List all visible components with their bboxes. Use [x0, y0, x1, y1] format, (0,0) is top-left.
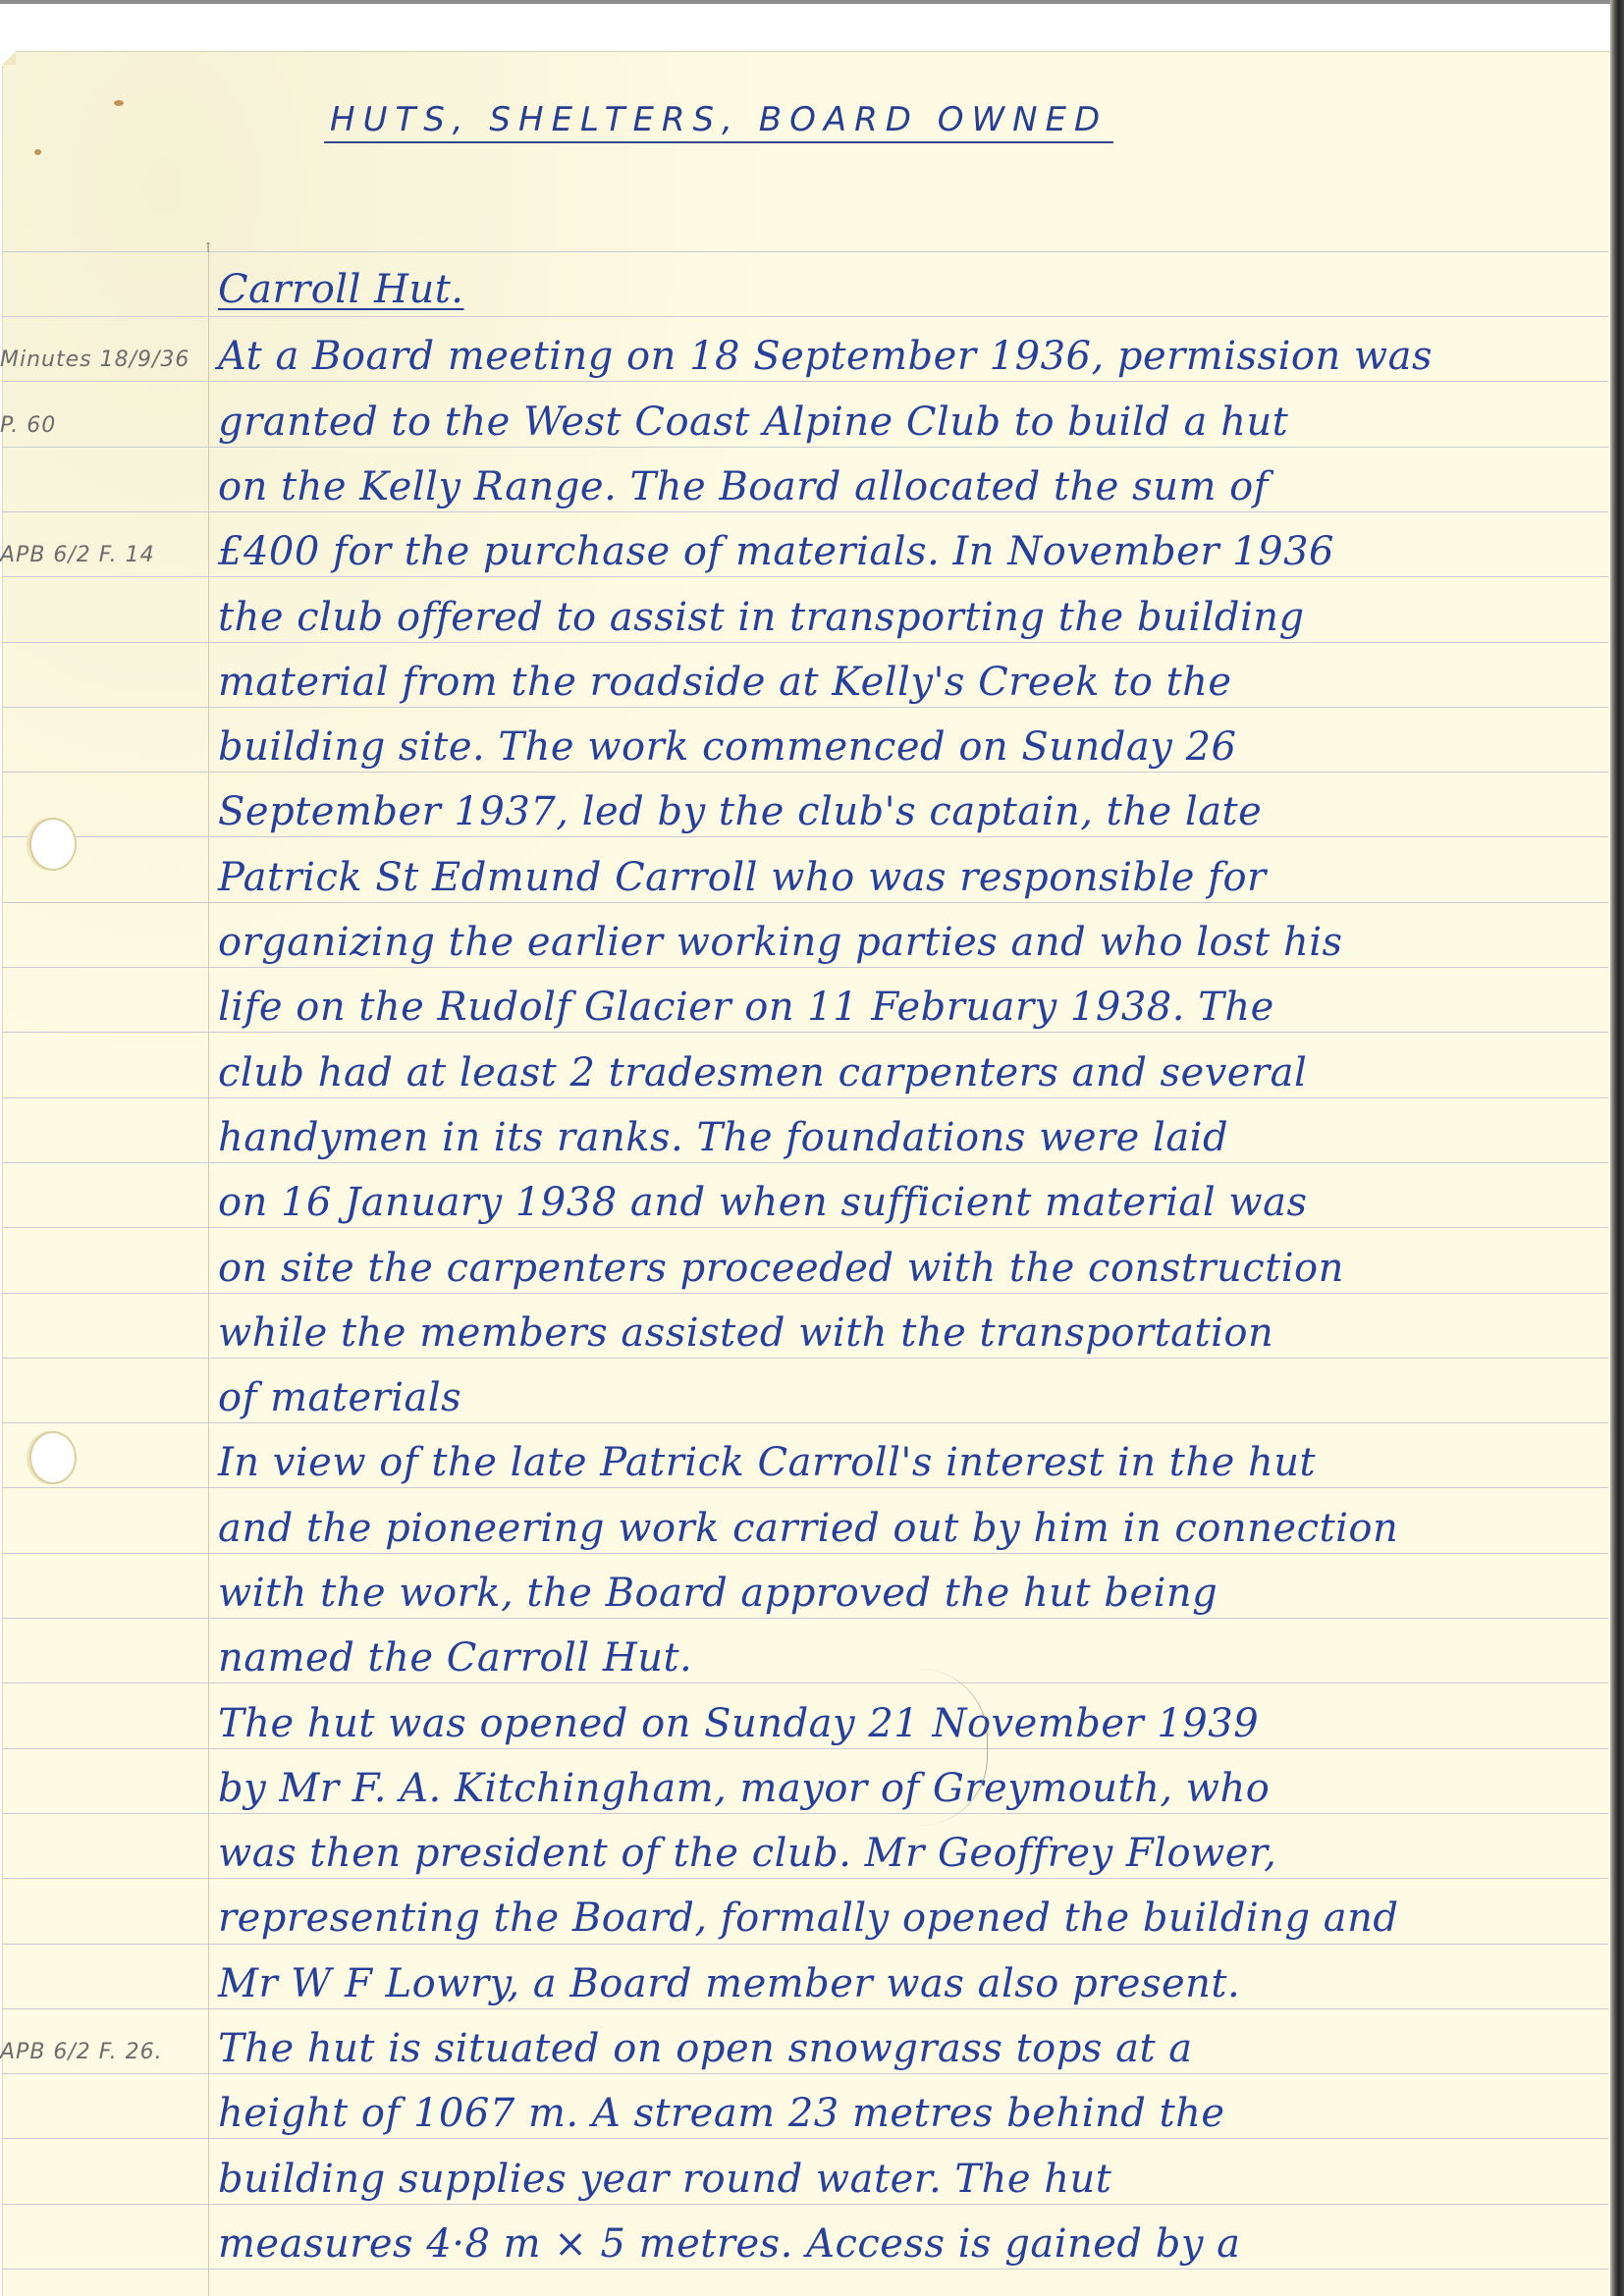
- ruled-line: [2, 447, 1608, 448]
- ruled-line: [2, 576, 1608, 577]
- ruled-line: [2, 2138, 1608, 2139]
- ruled-line: [2, 1553, 1608, 1554]
- text-line: building supplies year round water. The …: [218, 2157, 1111, 2202]
- ruled-line: [2, 1618, 1608, 1619]
- ruled-line: [2, 1097, 1608, 1098]
- text-line: organizing the earlier working parties a…: [218, 920, 1343, 965]
- margin-rule: [208, 245, 209, 2296]
- ruled-line: [2, 1422, 1608, 1423]
- ruled-line: [2, 1358, 1608, 1359]
- rust-stain: [114, 100, 124, 106]
- ruled-line: [2, 772, 1608, 773]
- text-line: on 16 January 1938 and when sufficient m…: [218, 1180, 1307, 1225]
- text-line: height of 1067 m. A stream 23 metres beh…: [218, 2091, 1225, 2136]
- ruled-line: [2, 251, 1608, 252]
- text-line: measures 4·8 m × 5 metres. Access is gai…: [218, 2221, 1241, 2267]
- ruled-line: [2, 1293, 1608, 1294]
- text-line: building site. The work commenced on Sun…: [218, 724, 1236, 770]
- text-line: life on the Rudolf Glacier on 11 Februar…: [218, 985, 1274, 1030]
- ruled-line: [2, 381, 1608, 382]
- ruled-paper-page: [2, 51, 1610, 2296]
- ruled-line: [2, 707, 1608, 708]
- text-line: of materials: [218, 1375, 461, 1420]
- text-line: while the members assisted with the tran…: [218, 1310, 1273, 1356]
- ruled-line: [2, 316, 1608, 317]
- text-line: The hut was opened on Sunday 21 November…: [218, 1701, 1259, 1746]
- text-line: September 1937, led by the club's captai…: [218, 789, 1262, 834]
- text-line: representing the Board, formally opened …: [218, 1896, 1398, 1941]
- ruled-line: [2, 1748, 1608, 1749]
- margin-note: P. 60: [0, 413, 56, 438]
- ruled-line: [2, 642, 1608, 643]
- ruled-line: [2, 1944, 1608, 1945]
- text-line: Mr W F Lowry, a Board member was also pr…: [218, 1961, 1240, 2006]
- text-line: with the work, the Board approved the hu…: [218, 1571, 1218, 1616]
- ruled-line: [2, 1878, 1608, 1879]
- text-line: by Mr F. A. Kitchingham, mayor of Greymo…: [218, 1766, 1270, 1811]
- ruled-line: [2, 511, 1608, 512]
- text-line: handymen in its ranks. The foundations w…: [218, 1115, 1228, 1160]
- text-line: At a Board meeting on 18 September 1936,…: [218, 334, 1433, 379]
- margin-note: APB 6/2 F. 14: [0, 543, 155, 567]
- text-line: the club offered to assist in transporti…: [218, 595, 1305, 640]
- arrow-up-icon: ↑: [201, 241, 215, 255]
- text-line: on site the carpenters proceeded with th…: [218, 1246, 1344, 1291]
- punch-hole-icon: [29, 1431, 77, 1484]
- text-line: and the pioneering work carried out by h…: [218, 1506, 1398, 1551]
- text-line: was then president of the club. Mr Geoff…: [218, 1831, 1276, 1876]
- ruled-line: [2, 1162, 1608, 1163]
- text-line: material from the roadside at Kelly's Cr…: [218, 660, 1232, 705]
- text-line: In view of the late Patrick Carroll's in…: [218, 1440, 1316, 1485]
- ruled-line: [2, 1487, 1608, 1488]
- text-line: named the Carroll Hut.: [218, 1635, 692, 1681]
- text-line: club had at least 2 tradesmen carpenters…: [218, 1050, 1307, 1095]
- ruled-line: [2, 836, 1608, 837]
- ruled-line: [2, 2008, 1608, 2009]
- text-line: Patrick St Edmund Carroll who was respon…: [218, 855, 1267, 900]
- ruled-line: [2, 2204, 1608, 2205]
- text-line: granted to the West Coast Alpine Club to…: [218, 400, 1288, 445]
- ruled-line: [2, 1227, 1608, 1228]
- ruled-line: [2, 1813, 1608, 1814]
- scan-border-right: [1610, 0, 1624, 2296]
- ruled-line: [2, 1032, 1608, 1033]
- ruled-line: [2, 1682, 1608, 1683]
- text-line: on the Kelly Range. The Board allocated …: [218, 464, 1269, 509]
- ruled-line: [2, 902, 1608, 903]
- page-title: HUTS, SHELTERS, BOARD OWNED: [324, 100, 1113, 143]
- section-heading: Carroll Hut.: [218, 267, 464, 312]
- text-line: The hut is situated on open snowgrass to…: [218, 2026, 1193, 2071]
- ruled-line: [2, 2269, 1608, 2269]
- scan-border-top: [0, 0, 1624, 4]
- ruled-line: [2, 2073, 1608, 2074]
- ruled-line: [2, 967, 1608, 968]
- rust-stain: [34, 149, 41, 155]
- margin-note: APB 6/2 F. 26.: [0, 2040, 163, 2064]
- text-line: £400 for the purchase of materials. In N…: [218, 529, 1334, 574]
- punch-hole-icon: [29, 818, 77, 871]
- margin-note: Minutes 18/9/36: [0, 347, 189, 372]
